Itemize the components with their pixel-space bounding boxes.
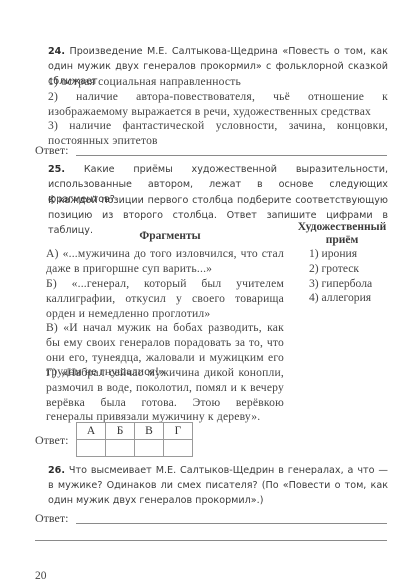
device-2: 2) гротеск	[309, 262, 372, 277]
page-number: 20	[35, 570, 47, 582]
fragment-a: А) «...мужичина до того изловчился, что …	[46, 247, 284, 277]
column-header-device: Художественный приём	[292, 221, 392, 247]
question-26: 26. Что высмеивает М.Е. Салтыков-Щедрин …	[48, 463, 388, 508]
answer-cell-b[interactable]	[106, 440, 135, 457]
q25-answer-label: Ответ:	[35, 433, 68, 448]
answer-header-g: Г	[164, 423, 193, 440]
answer-header-a: А	[77, 423, 106, 440]
fragment-g: Г) «Набрал сейчас мужичина дикой конопли…	[46, 366, 284, 425]
q26-answer-label: Ответ:	[35, 511, 68, 526]
answer-table-header-row: А Б В Г	[77, 423, 193, 440]
question-number: 25.	[48, 164, 65, 175]
question-text: Что высмеивает М.Е. Салтыков-Щедрин в ге…	[48, 465, 388, 506]
answer-cell-v[interactable]	[135, 440, 164, 457]
q24-option-1: 1) острая социальная направленность	[48, 75, 388, 90]
q24-option-2: 2) наличие автора-повествователя, чьё от…	[48, 90, 388, 120]
column-header-fragments: Фрагменты	[100, 230, 240, 243]
question-number: 26.	[48, 465, 65, 476]
fragment-b: Б) «...генерал, который был учителем кал…	[46, 277, 284, 321]
q24-answer-label: Ответ:	[35, 143, 68, 158]
answer-header-v: В	[135, 423, 164, 440]
devices-list: 1) ирония 2) гротеск 3) гипербола 4) алл…	[309, 247, 372, 306]
answer-cell-a[interactable]	[77, 440, 106, 457]
answer-header-b: Б	[106, 423, 135, 440]
question-number: 24.	[48, 46, 65, 57]
q24-answer-field[interactable]	[76, 155, 387, 156]
q25-answer-table: А Б В Г	[76, 422, 193, 457]
q24-option-3: 3) наличие фантастической условности, за…	[48, 119, 388, 149]
device-3: 3) гипербола	[309, 277, 372, 292]
q26-answer-field-line-2[interactable]	[35, 540, 387, 541]
q26-answer-field-line-1[interactable]	[76, 523, 387, 524]
answer-cell-g[interactable]	[164, 440, 193, 457]
device-4: 4) аллегория	[309, 291, 372, 306]
answer-table-input-row	[77, 440, 193, 457]
device-1: 1) ирония	[309, 247, 372, 262]
